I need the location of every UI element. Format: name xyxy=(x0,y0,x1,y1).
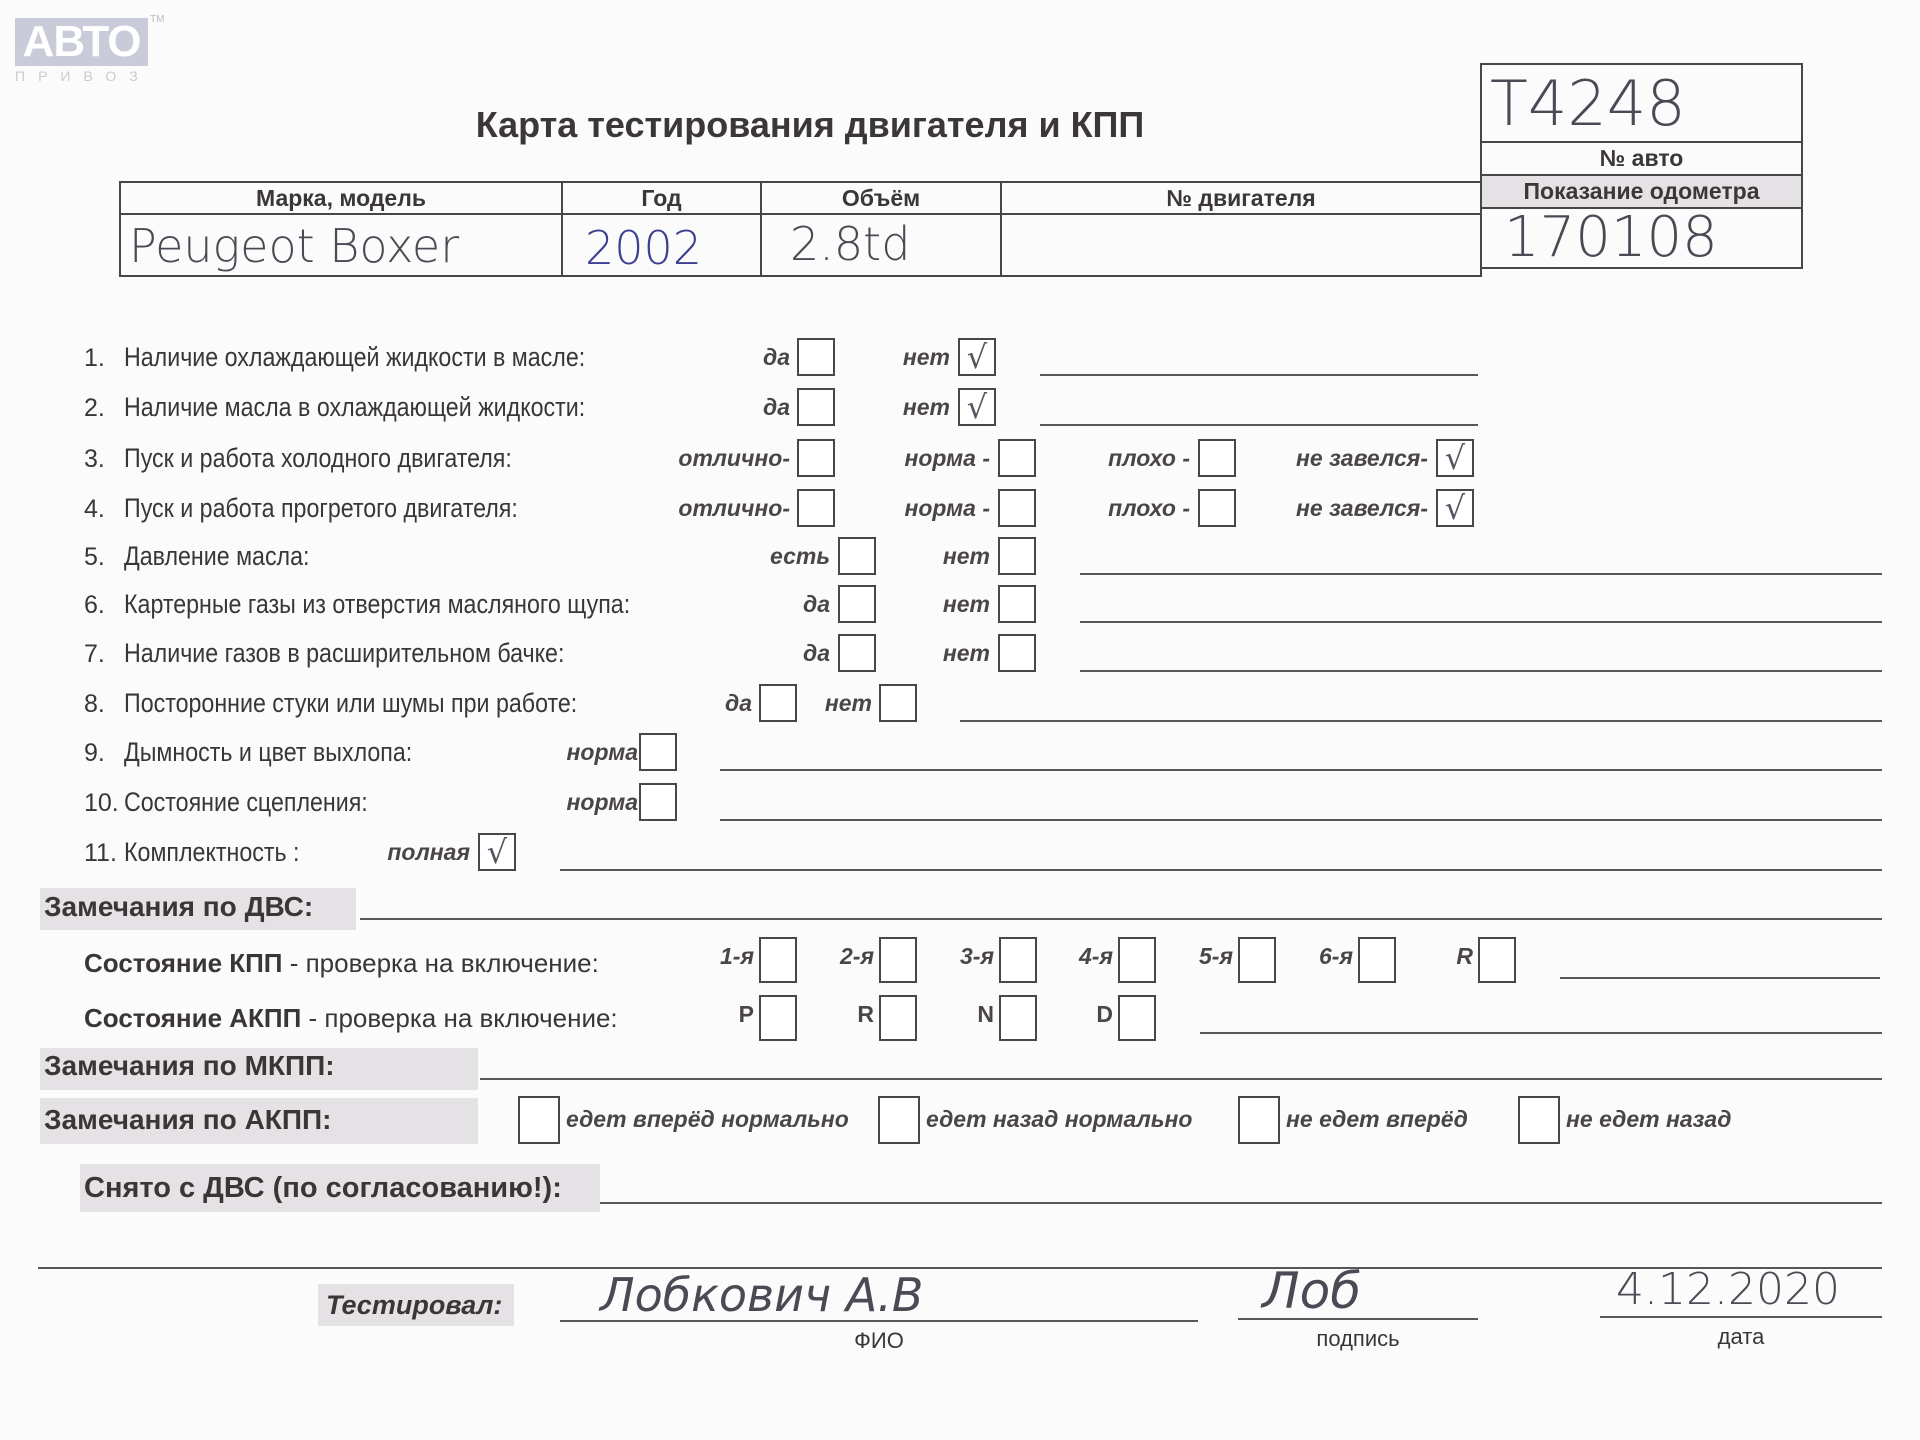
option-label: не завелся- xyxy=(1228,495,1428,522)
item-label: Наличие газов в расширительном бачке: xyxy=(124,638,564,669)
option-label: плохо - xyxy=(990,445,1190,472)
date-value: 4.12.2020 xyxy=(1616,1264,1840,1315)
option-label: норма xyxy=(438,789,638,816)
gear-label: N xyxy=(879,1001,994,1028)
auto-remark-checkbox[interactable] xyxy=(1238,1096,1280,1144)
gear-label: P xyxy=(639,1001,754,1028)
option-label: отлично- xyxy=(590,445,790,472)
remarks-engine-label: Замечания по ДВС: xyxy=(44,891,313,923)
removed-label: Снято с ДВС (по согласованию!): xyxy=(84,1172,562,1205)
auto-remark-label: едет назад нормально xyxy=(926,1106,1192,1133)
gear-label: D xyxy=(998,1001,1113,1028)
gear-label: 4-я xyxy=(998,943,1113,970)
item-label: Наличие охлаждающей жидкости в масле: xyxy=(124,342,585,373)
auto-remark-label: не едет вперёд xyxy=(1286,1106,1468,1133)
auto-remark-label: не едет назад xyxy=(1566,1106,1731,1133)
date-line[interactable] xyxy=(1600,1316,1882,1318)
option-label: нет xyxy=(750,394,950,421)
item-number: 5. xyxy=(84,543,105,572)
car-number-label: № авто xyxy=(1481,142,1802,175)
checkbox[interactable] xyxy=(639,783,677,821)
remark-line[interactable] xyxy=(1040,374,1478,376)
removed-line[interactable] xyxy=(600,1202,1882,1204)
odometer-value: 170108 xyxy=(1504,205,1718,270)
make-model-cell[interactable]: Peugeot Boxer xyxy=(120,214,562,276)
logo-trademark: TM xyxy=(150,14,164,25)
option-label: полная xyxy=(270,839,470,866)
auto-gearbox-label-rest: - проверка на включение: xyxy=(301,1003,617,1033)
car-number-cell[interactable]: T4248 xyxy=(1481,64,1802,142)
gear-checkbox[interactable] xyxy=(1478,937,1516,983)
gear-label: 3-я xyxy=(879,943,994,970)
item-label: Состояние сцепления: xyxy=(124,787,368,818)
auto-gearbox-label-bold: Состояние АКПП xyxy=(84,1003,301,1033)
option-label: нет xyxy=(790,543,990,570)
odometer-label: Показание одометра xyxy=(1481,175,1802,208)
car-number-value: T4248 xyxy=(1490,67,1686,140)
remark-line[interactable] xyxy=(1080,670,1882,672)
manual-gearbox-line[interactable] xyxy=(1560,977,1880,979)
option-label: нет xyxy=(672,690,872,717)
tested-by-label: Тестировал: xyxy=(326,1290,502,1321)
signature-line[interactable] xyxy=(1238,1318,1478,1320)
manual-gearbox-label-bold: Состояние КПП xyxy=(84,948,283,978)
option-label: нет xyxy=(750,344,950,371)
item-label: Картерные газы из отверстия масляного щу… xyxy=(124,589,630,620)
manual-gearbox-label: Состояние КПП - проверка на включение: xyxy=(84,948,599,979)
vehicle-table: Марка, модель Год Объём № двигателя Peug… xyxy=(119,181,1482,277)
auto-remark-label: едет вперёд нормально xyxy=(566,1106,849,1133)
remark-line[interactable] xyxy=(720,769,1882,771)
auto-remark-checkbox[interactable] xyxy=(1518,1096,1560,1144)
item-label: Давление масла: xyxy=(124,541,309,572)
checkbox[interactable] xyxy=(998,634,1036,672)
item-label: Пуск и работа прогретого двигателя: xyxy=(124,493,518,524)
gear-label: 1-я xyxy=(639,943,754,970)
option-label: нет xyxy=(790,591,990,618)
item-number: 2. xyxy=(84,394,105,423)
checkbox[interactable] xyxy=(998,585,1036,623)
volume-value: 2.8td xyxy=(790,217,910,271)
tester-name-value: Лобкович А.В xyxy=(600,1268,923,1322)
car-number-box: T4248 № авто Показание одометра 170108 xyxy=(1480,63,1803,269)
engine-number-cell[interactable] xyxy=(1001,214,1481,276)
checkbox[interactable]: √ xyxy=(958,338,996,376)
date-caption: дата xyxy=(1600,1324,1882,1350)
auto-remark-checkbox[interactable] xyxy=(878,1096,920,1144)
checkbox[interactable]: √ xyxy=(1436,439,1474,477)
page-title: Карта тестирования двигателя и КПП xyxy=(0,104,1620,146)
remark-line[interactable] xyxy=(1080,573,1882,575)
option-label: не завелся- xyxy=(1228,445,1428,472)
gear-label: 5-я xyxy=(1118,943,1233,970)
item-number: 8. xyxy=(84,690,105,719)
item-number: 3. xyxy=(84,445,105,474)
remark-line[interactable] xyxy=(720,819,1882,821)
item-number: 1. xyxy=(84,344,105,373)
item-number: 6. xyxy=(84,591,105,620)
auto-remark-checkbox[interactable] xyxy=(518,1096,560,1144)
option-label: плохо - xyxy=(990,495,1190,522)
remarks-manual-label: Замечания по МКПП: xyxy=(44,1050,335,1082)
item-label: Дымность и цвет выхлопа: xyxy=(124,737,412,768)
item-number: 10. xyxy=(84,789,119,818)
item-number: 11. xyxy=(84,839,117,868)
item-number: 4. xyxy=(84,495,105,524)
header-engine-number: № двигателя xyxy=(1001,182,1481,214)
gear-label: R xyxy=(1358,943,1473,970)
gear-label: 6-я xyxy=(1238,943,1353,970)
header-year: Год xyxy=(562,182,761,214)
checkbox[interactable] xyxy=(879,684,917,722)
option-label: отлично- xyxy=(590,495,790,522)
checkbox[interactable] xyxy=(998,537,1036,575)
item-label: Пуск и работа холодного двигателя: xyxy=(124,443,512,474)
make-model-value: Peugeot Boxer xyxy=(129,219,459,273)
gear-checkbox[interactable] xyxy=(1118,995,1156,1041)
remarks-auto-label: Замечания по АКПП: xyxy=(44,1104,331,1136)
remark-line[interactable] xyxy=(960,720,1882,722)
item-number: 7. xyxy=(84,640,105,669)
signature-value: Лоб xyxy=(1262,1262,1361,1320)
logo: АВТО xyxy=(15,18,148,66)
remarks-engine-line[interactable] xyxy=(360,918,1882,920)
year-value: 2002 xyxy=(585,221,702,275)
option-label: норма - xyxy=(790,445,990,472)
checkbox[interactable]: √ xyxy=(478,833,516,871)
header-volume: Объём xyxy=(761,182,1001,214)
option-label: нет xyxy=(790,640,990,667)
auto-gearbox-line[interactable] xyxy=(1200,1032,1882,1034)
logo-subtitle: ПРИВОЗ xyxy=(15,68,150,84)
manual-gearbox-label-rest: - проверка на включение: xyxy=(283,948,599,978)
gear-label: R xyxy=(759,1001,874,1028)
odometer-cell[interactable]: 170108 xyxy=(1481,208,1802,268)
item-number: 9. xyxy=(84,739,105,768)
remarks-manual-line[interactable] xyxy=(480,1078,1882,1080)
year-cell[interactable]: 2002 xyxy=(562,214,761,276)
checkbox[interactable]: √ xyxy=(958,388,996,426)
option-label: норма xyxy=(438,739,638,766)
remark-line[interactable] xyxy=(560,869,1882,871)
item-label: Посторонние стуки или шумы при работе: xyxy=(124,688,577,719)
signature-caption: подпись xyxy=(1238,1326,1478,1352)
header-make-model: Марка, модель xyxy=(120,182,562,214)
tester-name-line[interactable] xyxy=(560,1320,1198,1322)
checkbox[interactable]: √ xyxy=(1436,489,1474,527)
separator-line xyxy=(38,1267,1882,1269)
tester-name-caption: ФИО xyxy=(560,1328,1198,1354)
option-label: норма - xyxy=(790,495,990,522)
volume-cell[interactable]: 2.8td xyxy=(761,214,1001,276)
auto-gearbox-label: Состояние АКПП - проверка на включение: xyxy=(84,1003,618,1034)
remark-line[interactable] xyxy=(1040,424,1478,426)
gear-label: 2-я xyxy=(759,943,874,970)
checkbox[interactable] xyxy=(639,733,677,771)
remark-line[interactable] xyxy=(1080,621,1882,623)
item-label: Наличие масла в охлаждающей жидкости: xyxy=(124,392,585,423)
